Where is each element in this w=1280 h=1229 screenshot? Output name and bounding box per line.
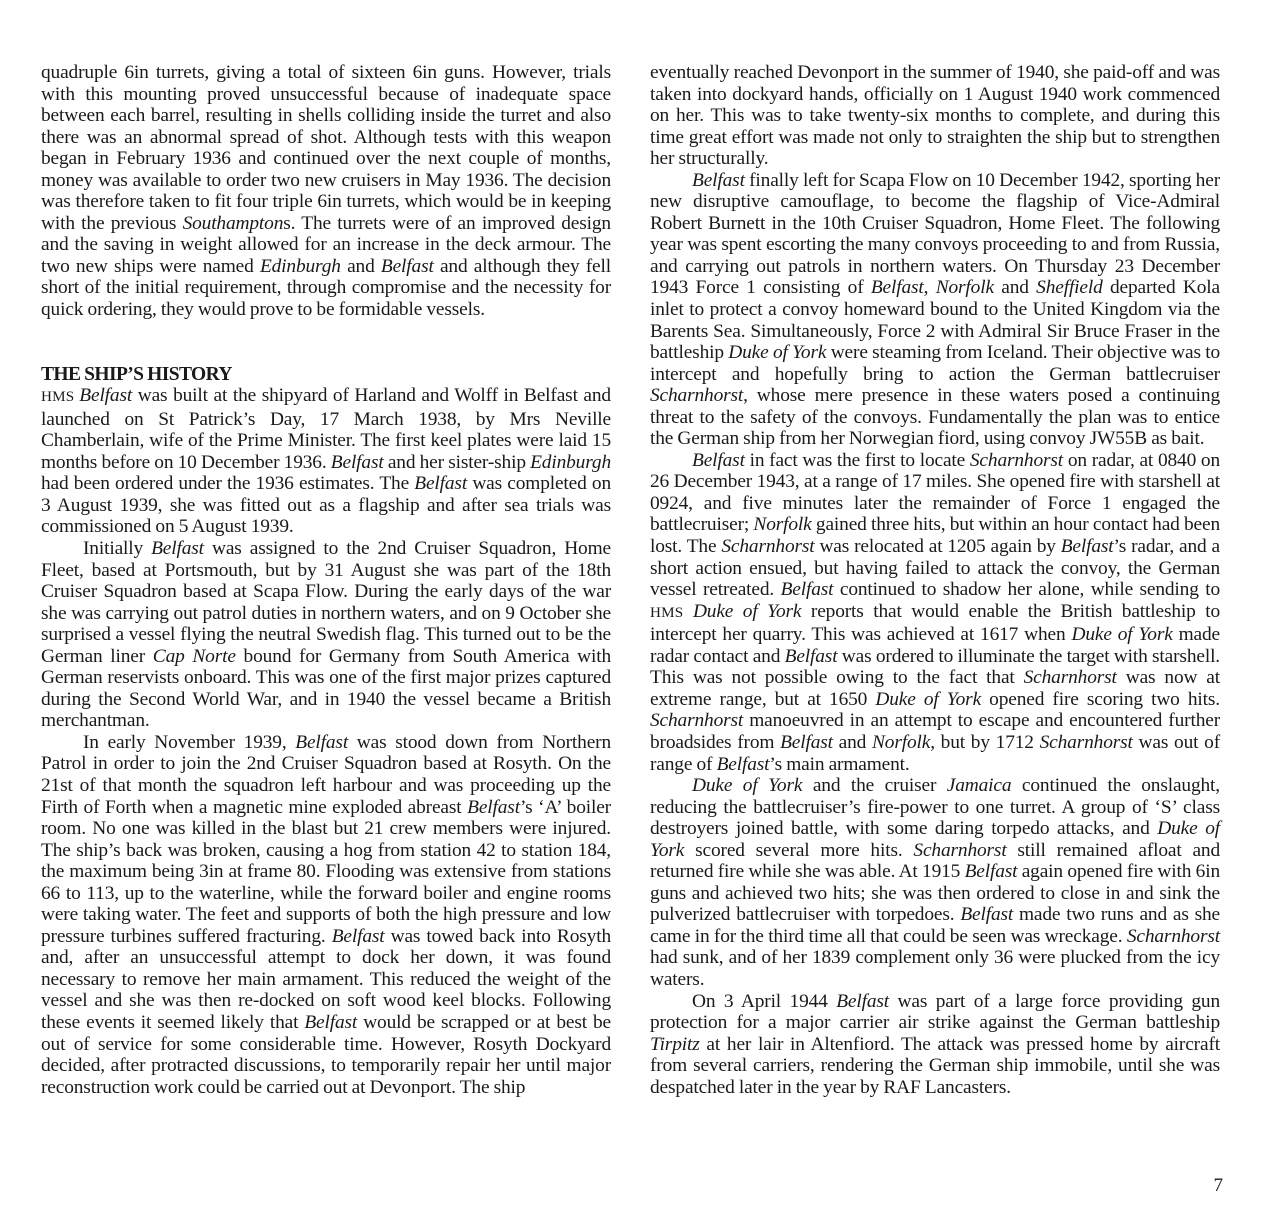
italic-ship-name: Belfast <box>785 646 838 667</box>
italic-ship-name: Scharnhorst <box>913 840 1006 861</box>
left-column: quadruple 6in turrets, giving a total of… <box>41 62 611 1098</box>
italic-ship-name: Belfast <box>960 904 1013 925</box>
intro-paragraph: quadruple 6in turrets, giving a total of… <box>41 62 611 321</box>
italic-ship-name: Belfast <box>780 732 833 753</box>
italic-ship-name: Edinburgh <box>260 256 341 277</box>
italic-ship-name: Jamaica <box>947 775 1012 796</box>
book-page: quadruple 6in turrets, giving a total of… <box>0 0 1280 1229</box>
italic-ship-name: Belfast <box>79 385 132 406</box>
italic-ship-name: Sheffield <box>1036 277 1103 298</box>
small-caps-prefix: HMS <box>41 389 79 405</box>
italic-ship-name: Belfast <box>836 991 889 1012</box>
section-heading: THE SHIP’S HISTORY <box>41 364 611 386</box>
italic-ship-name: Duke of York <box>728 342 826 363</box>
italic-ship-name: Belfast <box>381 256 434 277</box>
italic-ship-name: Belfast <box>467 797 520 818</box>
italic-ship-name: Scharnhorst <box>1040 732 1133 753</box>
italic-ship-name: Scharnhorst <box>650 385 743 406</box>
italic-ship-name: Belfast <box>871 277 924 298</box>
italic-ship-name: Scharnhorst <box>970 450 1063 471</box>
right-column: eventually reached Devonport in the summ… <box>650 62 1220 1098</box>
italic-ship-name: Southampton <box>183 213 284 234</box>
italic-ship-name: Duke of York <box>693 601 801 622</box>
paragraph-radar-action: Belfast in fact was the first to locate … <box>650 450 1220 775</box>
italic-ship-name: Belfast <box>781 579 834 600</box>
italic-ship-name: Scharnhorst <box>721 536 814 557</box>
italic-ship-name: Scharnhorst <box>650 710 743 731</box>
italic-ship-name: Duke of York <box>1071 624 1172 645</box>
italic-ship-name: Belfast <box>965 861 1018 882</box>
small-caps-prefix: HMS <box>650 605 683 621</box>
paragraph-history-1: HMS Belfast was built at the shipyard of… <box>41 385 611 538</box>
italic-ship-name: Scharnhorst <box>1127 926 1220 947</box>
italic-ship-name: Norfolk <box>753 514 811 535</box>
italic-ship-name: Norfolk <box>872 732 930 753</box>
italic-ship-name: Belfast <box>332 926 385 947</box>
italic-ship-name: Belfast <box>692 450 745 471</box>
italic-ship-name: Norfolk <box>936 277 994 298</box>
italic-ship-name: Belfast <box>414 473 467 494</box>
paragraph-onslaught: Duke of York and the cruiser Jamaica con… <box>650 775 1220 990</box>
italic-ship-name: Tirpitz <box>650 1034 700 1055</box>
italic-ship-name: Cap Norte <box>153 646 236 667</box>
italic-ship-name: Edinburgh <box>530 452 611 473</box>
page-number: 7 <box>1203 1175 1223 1197</box>
italic-ship-name: Duke of York <box>692 775 802 796</box>
italic-ship-name: Belfast <box>1061 536 1114 557</box>
paragraph-devonport: eventually reached Devonport in the summ… <box>650 62 1220 170</box>
paragraph-tirpitz: On 3 April 1944 Belfast was part of a la… <box>650 991 1220 1099</box>
italic-ship-name: Belfast <box>151 538 204 559</box>
italic-ship-name: Belfast <box>717 754 770 775</box>
italic-ship-name: Belfast <box>304 1012 357 1033</box>
italic-ship-name: Belfast <box>692 170 745 191</box>
italic-ship-name: Belfast <box>331 452 384 473</box>
italic-ship-name: Scharnhorst <box>1024 667 1117 688</box>
paragraph-history-2: Initially Belfast was assigned to the 2n… <box>41 538 611 732</box>
italic-ship-name: Belfast <box>295 732 348 753</box>
paragraph-scapa-flow: Belfast finally left for Scapa Flow on 1… <box>650 170 1220 450</box>
italic-ship-name: Duke of York <box>875 689 981 710</box>
paragraph-history-3: In early November 1939, Belfast was stoo… <box>41 732 611 1098</box>
